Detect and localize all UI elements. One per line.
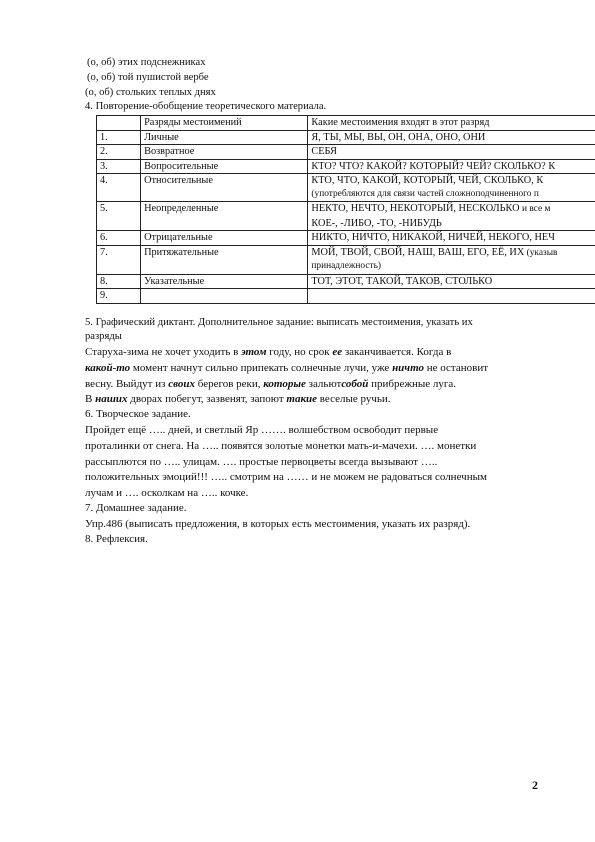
pronoun-highlight: этом xyxy=(241,346,266,358)
row-pronouns-note: КОЕ-, -ЛИБО, -ТО, -НИБУДЬ xyxy=(311,217,595,231)
pronoun-highlight: наших xyxy=(95,393,127,405)
intro-line-2: (о, об) той пушистой вербе xyxy=(87,71,209,84)
row-pronouns-suffix: и все м xyxy=(520,204,551,214)
table-header-row: Разряды местоимений Какие местоимения вх… xyxy=(97,116,595,131)
table-row: 8. Указательные ТОТ, ЭТОТ, ТАКОЙ, ТАКОВ,… xyxy=(97,274,595,289)
row-pronouns-main: НЕКТО, НЕЧТО, НЕКОТОРЫЙ, НЕСКОЛЬКО xyxy=(311,203,519,214)
row-pronouns: КТО, ЧТО, КАКОЙ, КОТОРЫЙ, ЧЕЙ, СКОЛЬКО, … xyxy=(308,174,595,202)
row-num: 1. xyxy=(97,130,141,145)
pronoun-highlight: ее xyxy=(332,346,342,358)
row-pronouns-main: МОЙ, ТВОЙ, СВОЙ, НАШ, ВАШ, ЕГО, ЕЁ, ИХ xyxy=(311,247,524,258)
dictation-line-4: В наших дворах побегут, зазвенят, запоют… xyxy=(85,393,391,406)
row-pronouns: НЕКТО, НЕЧТО, НЕКОТОРЫЙ, НЕСКОЛЬКО и все… xyxy=(308,202,595,231)
row-category: Указательные xyxy=(141,274,308,289)
section-5-title-line-1: 5. Графический диктант. Дополнительное з… xyxy=(85,316,473,329)
creative-line-2: проталинки от снега. На ….. появятся зол… xyxy=(85,440,476,453)
row-category: Притяжательные xyxy=(141,245,308,274)
table-row: 1. Личные Я, ТЫ, МЫ, ВЫ, ОН, ОНА, ОНО, О… xyxy=(97,130,595,145)
row-category: Возвратное xyxy=(141,145,308,160)
pronoun-highlight: собой xyxy=(341,378,368,390)
page: (о, об) этих подснежниках (о, об) той пу… xyxy=(0,0,595,842)
table-row: 4. Относительные КТО, ЧТО, КАКОЙ, КОТОРЫ… xyxy=(97,174,595,202)
pronoun-highlight: такие xyxy=(286,393,317,405)
row-num: 5. xyxy=(97,202,141,231)
row-pronouns-note: (употребляются для связи частей сложнопо… xyxy=(311,188,595,202)
creative-line-3: рассыплются по ….. улицам. …. простые пе… xyxy=(85,456,437,469)
row-category xyxy=(141,289,308,304)
table-row: 6. Отрицательные НИКТО, НИЧТО, НИКАКОЙ, … xyxy=(97,231,595,246)
dictation-line-2: какой-то момент начнут сильно припекать … xyxy=(85,362,488,375)
creative-line-1: Пройдет ещё ….. дней, и светлый Яр ……. в… xyxy=(85,424,438,437)
row-pronouns-note: принадлежность) xyxy=(311,260,595,274)
creative-line-4: положительных эмоций!!! ….. смотрим на …… xyxy=(85,471,487,484)
section-8-title: 8. Рефлексия. xyxy=(85,533,148,546)
row-pronouns: НИКТО, НИЧТО, НИКАКОЙ, НИЧЕЙ, НЕКОГО, НЕ… xyxy=(308,231,595,246)
section-4-title: 4. Повторение-обобщение теоретического м… xyxy=(85,100,326,113)
row-category: Неопределенные xyxy=(141,202,308,231)
header-category: Разряды местоимений xyxy=(141,116,308,131)
row-num: 4. xyxy=(97,174,141,202)
dictation-line-1: Старуха-зима не хочет уходить в этом год… xyxy=(85,346,451,359)
row-category: Относительные xyxy=(141,174,308,202)
pronoun-highlight: своих xyxy=(168,378,195,390)
section-6-title: 6. Творческое задание. xyxy=(85,408,191,421)
section-7-title: 7. Домашнее задание. xyxy=(85,502,187,515)
row-pronouns: ТОТ, ЭТОТ, ТАКОЙ, ТАКОВ, СТОЛЬКО xyxy=(308,274,595,289)
row-pronouns: СЕБЯ xyxy=(308,145,595,160)
table-row: 2. Возвратное СЕБЯ xyxy=(97,145,595,160)
row-category: Вопросительные xyxy=(141,159,308,174)
dictation-line-3: весну. Выйдут из своих берегов реки, кот… xyxy=(85,378,456,391)
pronoun-table: Разряды местоимений Какие местоимения вх… xyxy=(96,115,595,304)
section-5-title-line-2: разряды xyxy=(85,330,122,343)
row-pronouns-main: КТО, ЧТО, КАКОЙ, КОТОРЫЙ, ЧЕЙ, СКОЛЬКО, … xyxy=(311,174,595,188)
row-pronouns-suffix: (указыв xyxy=(524,248,557,258)
row-category: Отрицательные xyxy=(141,231,308,246)
intro-line-1: (о, об) этих подснежниках xyxy=(87,56,206,69)
row-num: 6. xyxy=(97,231,141,246)
row-category: Личные xyxy=(141,130,308,145)
row-num: 7. xyxy=(97,245,141,274)
row-pronouns xyxy=(308,289,595,304)
table-row: 9. xyxy=(97,289,595,304)
pronoun-highlight: ничто xyxy=(392,362,424,374)
header-num xyxy=(97,116,141,131)
page-number: 2 xyxy=(532,778,538,793)
intro-line-3: (о, об) стольких теплых днях xyxy=(85,86,216,99)
table-row: 7. Притяжательные МОЙ, ТВОЙ, СВОЙ, НАШ, … xyxy=(97,245,595,274)
row-num: 2. xyxy=(97,145,141,160)
header-pronouns: Какие местоимения входят в этот разряд xyxy=(308,116,595,131)
row-num: 8. xyxy=(97,274,141,289)
homework-text: Упр.486 (выписать предложения, в которых… xyxy=(85,518,470,531)
row-num: 9. xyxy=(97,289,141,304)
row-pronouns: КТО? ЧТО? КАКОЙ? КОТОРЫЙ? ЧЕЙ? СКОЛЬКО? … xyxy=(308,159,595,174)
creative-line-5: лучам и …. осколкам на ….. кочке. xyxy=(85,487,248,500)
row-pronouns: МОЙ, ТВОЙ, СВОЙ, НАШ, ВАШ, ЕГО, ЕЁ, ИХ (… xyxy=(308,245,595,274)
pronoun-highlight: какой-то xyxy=(85,362,130,374)
table-row: 3. Вопросительные КТО? ЧТО? КАКОЙ? КОТОР… xyxy=(97,159,595,174)
pronoun-highlight: которые xyxy=(263,378,306,390)
row-pronouns: Я, ТЫ, МЫ, ВЫ, ОН, ОНА, ОНО, ОНИ xyxy=(308,130,595,145)
table-row: 5. Неопределенные НЕКТО, НЕЧТО, НЕКОТОРЫ… xyxy=(97,202,595,231)
row-num: 3. xyxy=(97,159,141,174)
